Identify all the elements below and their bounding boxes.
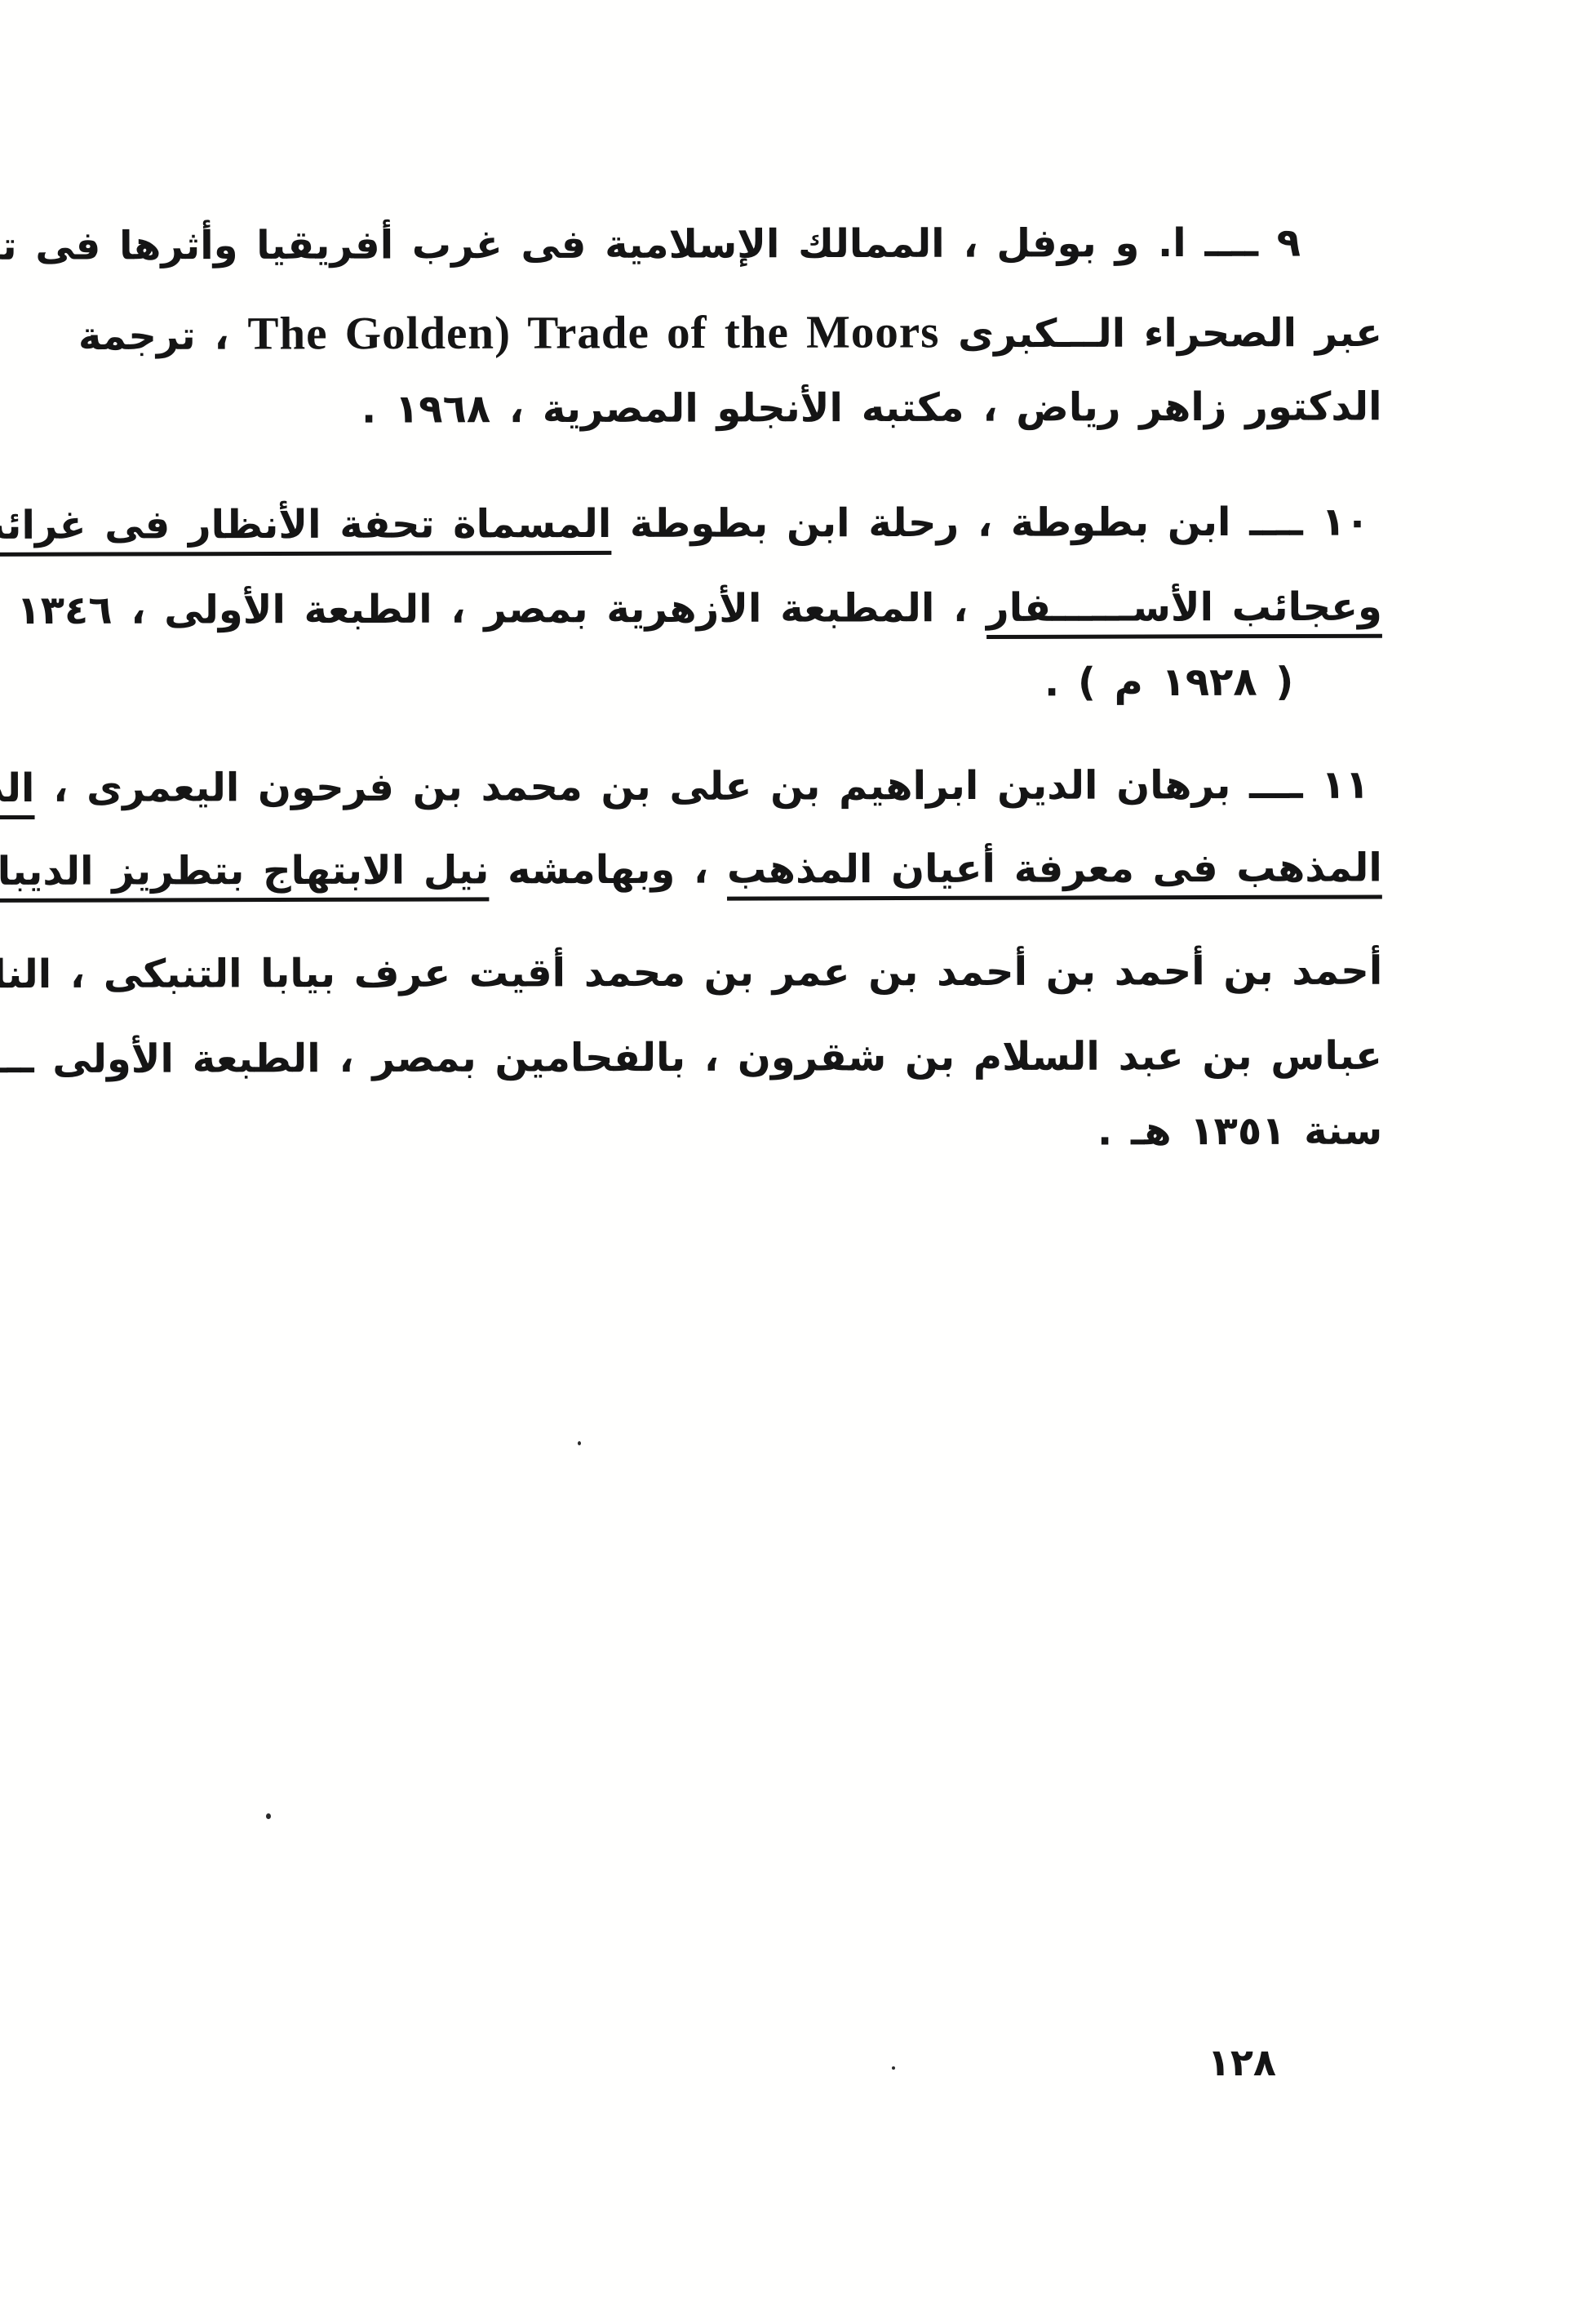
underlined-title: الديباج: [0, 766, 35, 811]
underlined-title: المذهب فى معرفة أعيان المذهب: [727, 845, 1382, 892]
arabic-text: أحمد بن أحمد بن أحمد بن عمر بن محمد أقيت…: [0, 948, 1382, 998]
underlined-title: وعجائب الأســــــفار: [986, 584, 1382, 631]
bib-entry-10-line-3: ( ١٩٢٨ م ) .: [1044, 658, 1293, 708]
bib-entry-11-line-1: ١١ ــــ برهان الدين ابراهيم بن على بن مح…: [0, 761, 1369, 814]
bib-entry-10-line-1: ١٠ ــــ ابن بطوطة ، رحلة ابن بطوطة المسم…: [0, 497, 1369, 550]
arabic-text: سنة ١٣٥١ هـ .: [1097, 1108, 1382, 1155]
latin-book-title: The Golden) Trade of the Moors: [247, 306, 939, 359]
bib-entry-9-line-3: الدكتور زاهر رياض ، مكتبه الأنجلو المصري…: [361, 382, 1382, 433]
arabic-text: ، ترجمة: [78, 313, 248, 360]
bib-entry-11-line-4: عباس بن عبد السلام بن شقرون ، بالفحامين …: [0, 1032, 1382, 1084]
arabic-text: عبر الصحراء الـــكبرى: [939, 310, 1382, 357]
arabic-text: ، المطبعة الأزهرية بمصر ، الطبعة الأولى …: [0, 585, 986, 633]
scan-speck: [578, 1441, 581, 1445]
arabic-text: ١١ ــــ برهان الدين ابراهيم بن على بن مح…: [34, 762, 1369, 811]
arabic-text: ( ١٩٢٨ م ) .: [1044, 659, 1293, 706]
underlined-title: نيل الابتهاج بتطريز الديباج: [0, 847, 490, 894]
arabic-text: ١٠ ــــ ابن بطوطة ، رحلة ابن بطوطة: [611, 499, 1369, 546]
arabic-text: ، وبهامشه: [489, 847, 727, 894]
bib-entry-11-line-3: أحمد بن أحمد بن أحمد بن عمر بن محمد أقيت…: [0, 947, 1382, 1000]
scan-speck: [266, 1813, 271, 1819]
arabic-text: عباس بن عبد السلام بن شقرون ، بالفحامين …: [0, 1033, 1382, 1082]
bib-entry-10-line-2: وعجائب الأســــــفار ، المطبعة الأزهرية …: [0, 583, 1382, 636]
page-number: ١٢٨: [1208, 2040, 1276, 2084]
bib-entry-11-line-2: المذهب فى معرفة أعيان المذهب ، وبهامشه ن…: [0, 843, 1382, 896]
bib-entry-9-line-2: عبر الصحراء الـــكبرى The Golden) Trade …: [78, 302, 1382, 363]
underlined-title: المسماة تحفة الأنظار فى غرائب الأمصار: [0, 501, 611, 549]
bib-entry-9-line-1: ٩ ــــ ا. و بوفل ، الممالك الإسلامية فى …: [0, 219, 1301, 272]
scan-speck: [892, 2066, 895, 2070]
arabic-text: ٩ ــــ ا. و بوفل ، الممالك الإسلامية فى …: [0, 220, 1301, 270]
bib-entry-11-line-5: سنة ١٣٥١ هـ .: [1097, 1107, 1382, 1156]
scanned-bibliography-page: ٩ ــــ ا. و بوفل ، الممالك الإسلامية فى …: [0, 0, 1596, 2321]
arabic-text: الدكتور زاهر رياض ، مكتبه الأنجلو المصري…: [361, 384, 1382, 432]
